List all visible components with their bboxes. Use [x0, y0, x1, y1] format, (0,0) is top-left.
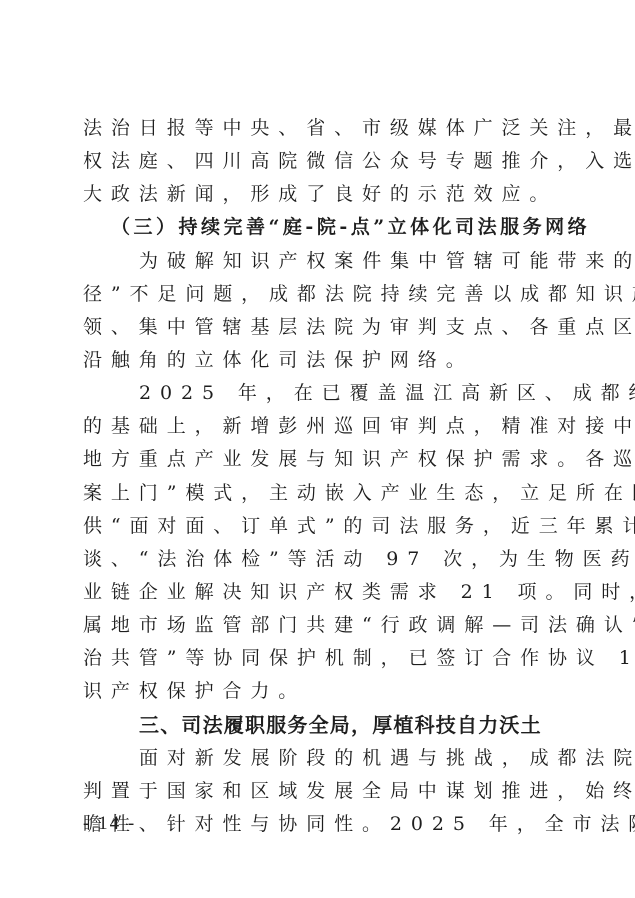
body-line: 案上门”模式，主动嵌入产业生态，立足所在区域产业特色，提	[83, 477, 559, 510]
body-line: 谈、“法治体检”等活动 97 次，为生物医药、绿色食品等重点产	[83, 543, 559, 576]
paragraph-first-line: 面对新发展阶段的机遇与挑战，成都法院自觉将知识产权审	[83, 742, 559, 775]
body-line: 沿触角的立体化司法保护网络。	[83, 344, 559, 377]
paragraph-first-line: 2025 年，在已覆盖温江高新区、成都经开区等 9 个产业园区	[83, 377, 559, 410]
body-line: 的基础上，新增彭州巡回审判点，精准对接中医药、低空经济等	[83, 410, 559, 443]
section-heading: 三、司法履职服务全局，厚植科技自力沃土	[83, 709, 559, 742]
body-line: 权法庭、四川高院微信公众号专题推介，入选 2025 年度四川十	[83, 145, 559, 178]
body-line: 识产权保护合力。	[83, 675, 559, 708]
body-line: 供“面对面、订单式”的司法服务，近三年累计开展企业问需座	[83, 510, 559, 543]
body-line: 法治日报等中央、省、市级媒体广泛关注，最高人民法院知识产	[83, 112, 559, 145]
body-line: 瞻性、针对性与协同性。2025 年，全市法院系统聚焦产业转型升	[83, 808, 559, 841]
page-number: - 14 -	[83, 813, 136, 835]
body-line: 业链企业解决知识产权类需求 21 项。同时，深化司行联动，与	[83, 576, 559, 609]
document-page: 法治日报等中央、省、市级媒体广泛关注，最高人民法院知识产 权法庭、四川高院微信公…	[83, 112, 559, 841]
body-line: 治共管”等协同保护机制，已签订合作协议 17 份，有效汇聚知	[83, 642, 559, 675]
body-line: 大政法新闻，形成了良好的示范效应。	[83, 178, 559, 211]
subsection-heading: （三）持续完善“庭-院-点”立体化司法服务网络	[83, 211, 559, 244]
body-line: 属地市场监管部门共建“行政调解—司法确认”“线索移送—共	[83, 609, 559, 642]
body-line: 地方重点产业发展与知识产权保护需求。各巡回审判点摒弃“等	[83, 443, 559, 476]
body-line: 径”不足问题，成都法院持续完善以成都知识产权法庭为专业统	[83, 278, 559, 311]
body-line: 领、集中管辖基层法院为审判支点、各重点区域巡回审判点为前	[83, 311, 559, 344]
body-line: 判置于国家和区域发展全局中谋划推进，始终坚持司法服务的前	[83, 775, 559, 808]
paragraph-first-line: 为破解知识产权案件集中管辖可能带来的司法服务“辐射半	[83, 245, 559, 278]
